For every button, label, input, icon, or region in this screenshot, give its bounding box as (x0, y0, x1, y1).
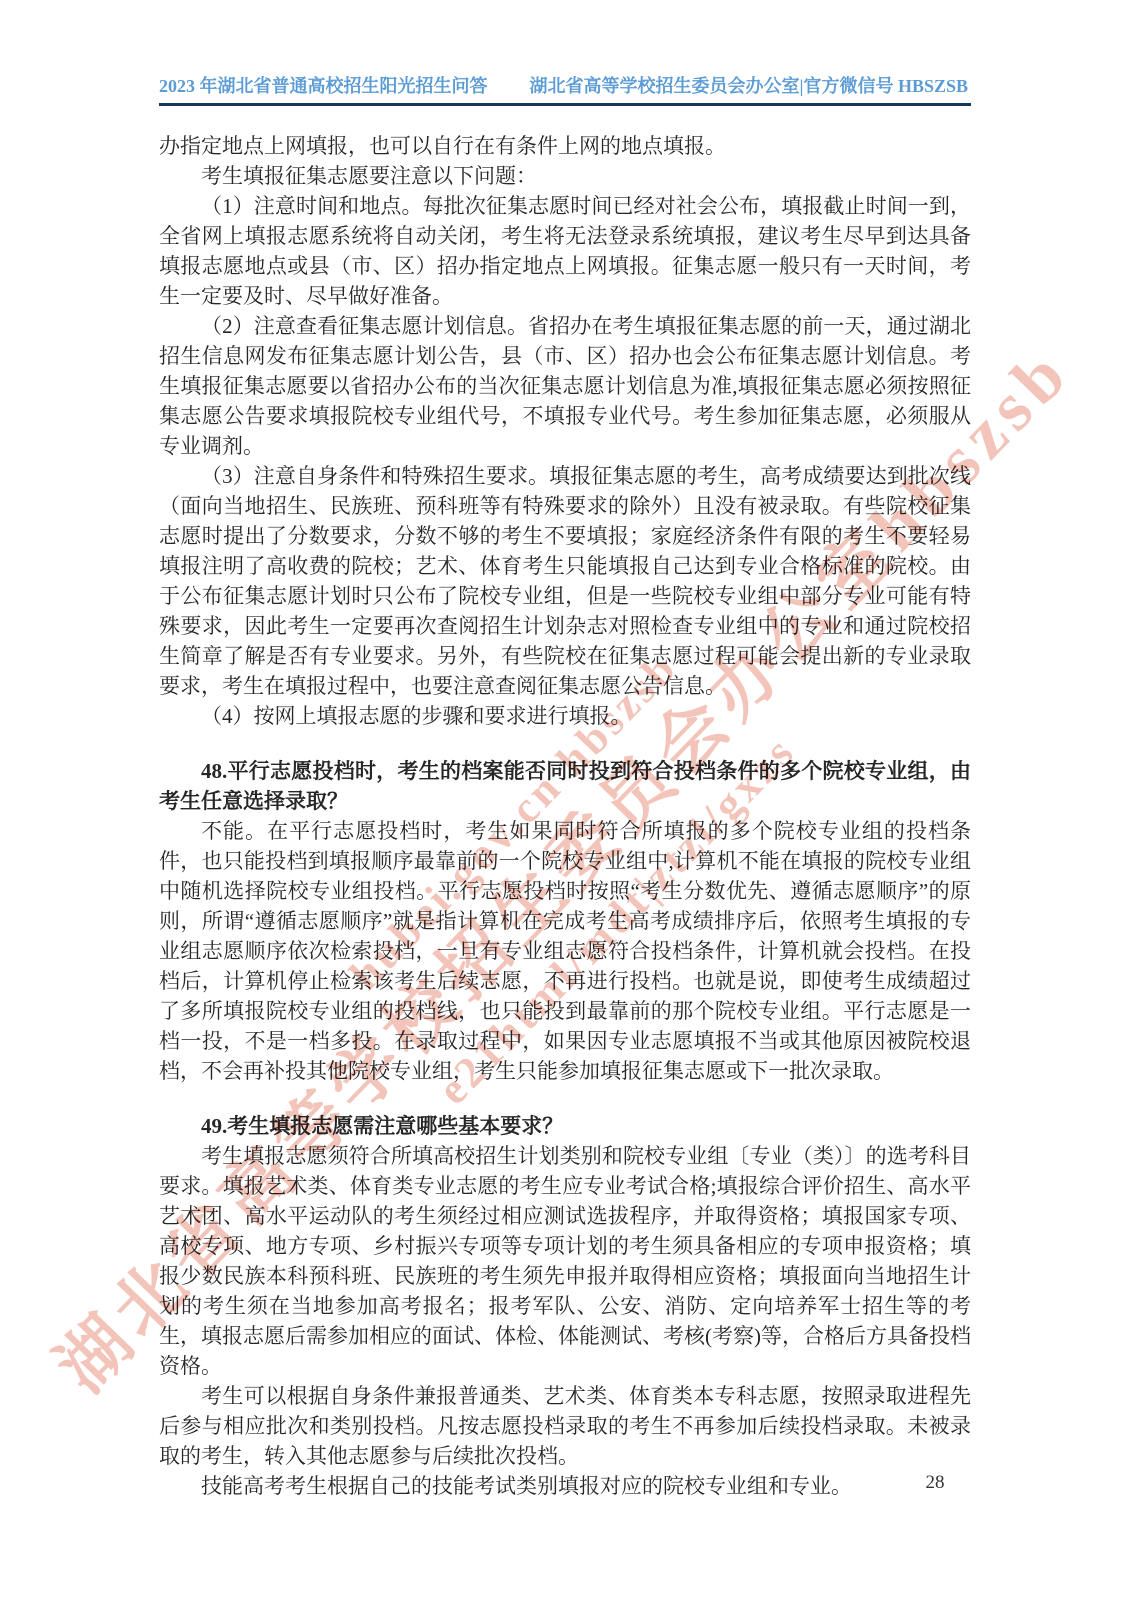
paragraph: 办指定地点上网填报，也可以自行在有条件上网的地点填报。 (159, 131, 971, 161)
page-header: 2023 年湖北省普通高校招生阳光招生问答 湖北省高等学校招生委员会办公室|官方… (159, 74, 971, 106)
paragraph: （3）注意自身条件和特殊招生要求。填报征集志愿的考生，高考成绩要达到批次线（面向… (159, 461, 971, 701)
paragraph: 不能。在平行志愿投档时，考生如果同时符合所填报的多个院校专业组的投档条件，也只能… (159, 816, 971, 1086)
header-title-right: 湖北省高等学校招生委员会办公室|官方微信号 HBSZSB (530, 74, 969, 98)
paragraph: 技能高考考生根据自己的技能考试类别填报对应的院校专业组和专业。 (159, 1471, 971, 1501)
paragraph: 考生可以根据自身条件兼报普通类、艺术类、体育类本专科志愿，按照录取进程先后参与相… (159, 1381, 971, 1471)
header-text-row: 2023 年湖北省普通高校招生阳光招生问答 湖北省高等学校招生委员会办公室|官方… (159, 74, 971, 98)
question-heading: 49.考生填报志愿需注意哪些基本要求？ (159, 1111, 971, 1141)
paragraph: （2）注意查看征集志愿计划信息。省招办在考生填报征集志愿的前一天，通过湖北招生信… (159, 311, 971, 461)
header-rule (159, 103, 971, 106)
header-title-left: 2023 年湖北省普通高校招生阳光招生问答 (159, 74, 488, 98)
paragraph: 考生填报志愿须符合所填高校招生计划类别和院校专业组〔专业（类）〕的选考科目要求。… (159, 1141, 971, 1381)
document-body: 办指定地点上网填报，也可以自行在有条件上网的地点填报。考生填报征集志愿要注意以下… (159, 131, 971, 1501)
paragraph: （1）注意时间和地点。每批次征集志愿时间已经对社会公布，填报截止时间一到，全省网… (159, 191, 971, 311)
question-heading: 48.平行志愿投档时，考生的档案能否同时投到符合投档条件的多个院校专业组，由考生… (159, 756, 971, 816)
page-number: 28 (905, 1472, 965, 1494)
paragraph: 考生填报征集志愿要注意以下问题： (159, 161, 971, 191)
document-page: 2023 年湖北省普通高校招生阳光招生问答 湖北省高等学校招生委员会办公室|官方… (0, 0, 1131, 1600)
paragraph: （4）按网上填报志愿的步骤和要求进行填报。 (159, 701, 971, 731)
